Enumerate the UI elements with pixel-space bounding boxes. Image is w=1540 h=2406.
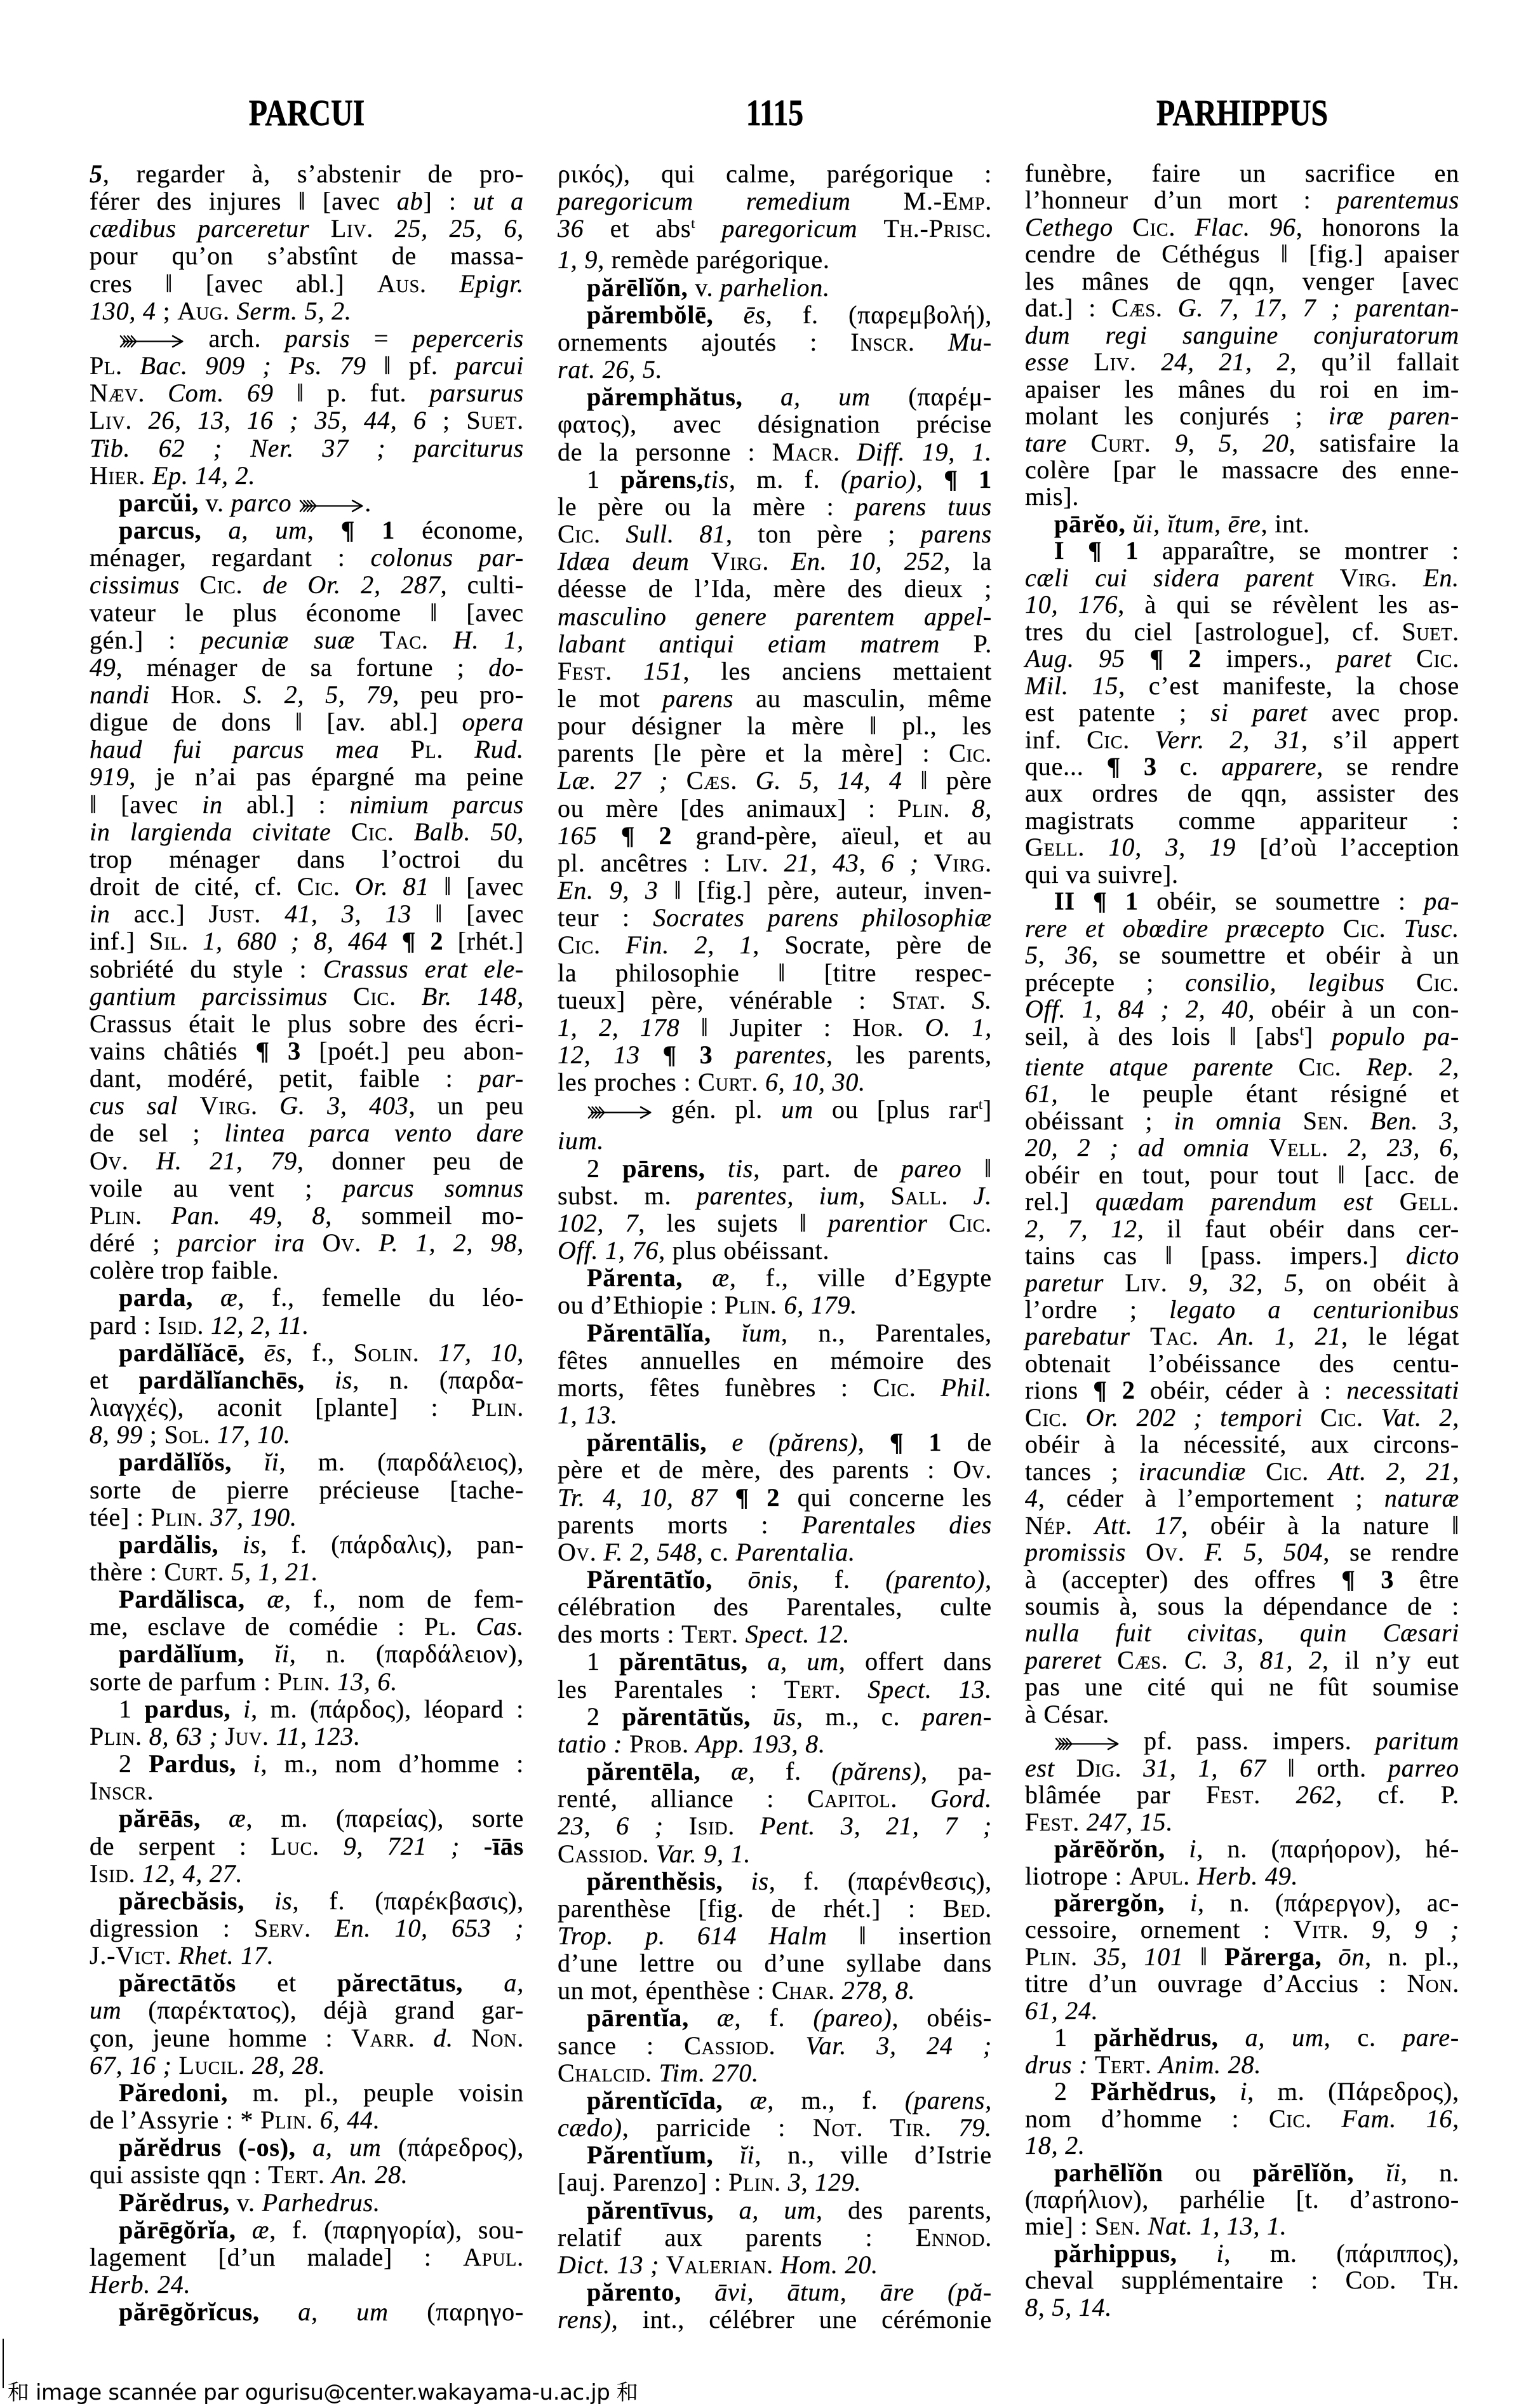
dictionary-line: in largienda civitate Cic. Balb. 50, <box>90 818 524 845</box>
author-abbreviation: Just. <box>209 899 261 928</box>
author-abbreviation: Ov. <box>558 1538 597 1566</box>
italic-citation: labant antiqui etiam matrem <box>558 629 940 658</box>
page-number: 1115 <box>586 95 963 131</box>
italic-citation: 9, 721 ; <box>344 1832 460 1860</box>
italic-citation: a, um <box>739 2196 816 2224</box>
author-abbreviation: Bed. <box>943 1894 992 1923</box>
text-run <box>291 488 298 517</box>
italic-citation: 262 <box>1296 1780 1336 1809</box>
headword: ¶ 2 <box>735 1483 780 1512</box>
headword: ¶ 1 <box>890 1428 942 1456</box>
italic-citation: rere et obœdire præcepto <box>1025 914 1325 943</box>
headword: Păredoni, <box>119 2078 228 2107</box>
dictionary-line: dant, modéré, petit, faible : par- <box>90 1065 524 1092</box>
text-run <box>232 1448 264 1476</box>
dictionary-line: dum regi sanguine conjuratorum <box>1025 322 1459 349</box>
dictionary-line: părergŏn, i, n. (πάρεργον), ac- <box>1025 1890 1459 1916</box>
italic-citation: legato a centurionibus <box>1169 1295 1459 1324</box>
dictionary-line: părembŏlē, ēs, f. (παρεμβολή), <box>558 301 992 328</box>
dictionary-line: Cic. Fin. 2, 1, Socrate, père de <box>558 931 992 958</box>
italic-citation: 79. <box>959 2113 992 2142</box>
headword: Părentālĭa, <box>587 1319 711 1347</box>
italic-citation: i <box>1189 1834 1196 1863</box>
italic-citation: 37, 190. <box>210 1503 297 1531</box>
italic-citation: 12, 4, 27. <box>142 1859 243 1888</box>
text-run: , f. <box>749 1757 832 1785</box>
italic-citation: a, um <box>767 1647 839 1676</box>
text-run <box>1217 2077 1240 2106</box>
text-run: , se soumettre et obéir à un <box>1092 941 1459 969</box>
dictionary-line: funèbre, faire un sacrifice en <box>1025 160 1459 187</box>
text-run: relatif aux parents : <box>558 2223 916 2252</box>
dictionary-line: 1 pardus, i, m. (πάρδος), léopard : <box>90 1695 524 1723</box>
italic-citation: Rep. 2, <box>1367 1052 1459 1081</box>
text-run: vains châtiés <box>90 1037 256 1065</box>
text-run <box>649 1839 656 1868</box>
dictionary-line: II ¶ 1 obéir, se soumettre : pa- <box>1025 888 1459 915</box>
text-run: , n. (παρδα- <box>352 1366 524 1394</box>
dictionary-line: 23, 6 ; Isid. Pent. 3, 21, 7 ; <box>558 1812 992 1839</box>
italic-citation: 8, 5, 14. <box>1025 2293 1112 2322</box>
text-run: 1 <box>587 1647 619 1676</box>
scan-edge-mark <box>3 2339 4 2388</box>
text-run <box>748 1647 767 1676</box>
dictionary-line: tueux] père, vénérable : Stat. S. <box>558 986 992 1014</box>
headword: părenthĕsis, <box>587 1867 723 1895</box>
text-run <box>135 1859 142 1888</box>
text-run: v. <box>230 2188 262 2217</box>
author-abbreviation: Tert. <box>268 2160 325 2189</box>
text-run: , m. (πάρδος), léopard : <box>251 1695 524 1723</box>
text-run: ornements ajoutés : <box>558 328 850 356</box>
headword: părhippus, <box>1054 2239 1177 2268</box>
text-run: ] <box>1304 1022 1332 1051</box>
text-run <box>1177 2239 1217 2268</box>
text-run: , n., ville d’Istrie <box>754 2141 992 2169</box>
italic-citation: Var. 9, 1. <box>656 1839 751 1868</box>
text-run: , <box>517 1338 524 1367</box>
italic-citation: ēs <box>264 1338 286 1367</box>
text-run <box>1219 2023 1245 2052</box>
dictionary-line: 12, 13 ¶ 3 parentes, les parents, <box>558 1041 992 1068</box>
italic-citation: Diff. 19, 1. <box>857 438 992 466</box>
italic-citation: is <box>335 1366 352 1394</box>
text-run <box>258 1091 279 1120</box>
text-run: qui assiste qqn : <box>90 2160 268 2189</box>
text-run: de l’Assyrie : * <box>90 2106 260 2134</box>
italic-citation: 49 <box>90 653 116 682</box>
author-abbreviation: Fest. <box>1025 1808 1080 1836</box>
text-run <box>236 1749 253 1778</box>
dictionary-line: de serpent : Luc. 9, 721 ; -īās <box>90 1832 524 1860</box>
text-run: obéir, céder à : <box>1135 1376 1347 1404</box>
right-guide-word: PARHIPPUS <box>1053 95 1431 131</box>
dictionary-line: 5, 36, se soumettre et obéir à un <box>1025 942 1459 969</box>
dictionary-line: Plin. Pan. 49, 8, sommeil mo- <box>90 1202 524 1229</box>
text-run <box>331 817 351 846</box>
text-run <box>775 2031 805 2060</box>
text-run <box>948 1181 974 1210</box>
headword: părēlĭŏn, <box>1253 2158 1354 2187</box>
text-run <box>689 1730 696 1758</box>
italic-citation: Or. 81 <box>355 872 429 901</box>
text-run: à (accepter) des offres <box>1025 1565 1341 1594</box>
headword: părēgŏrĭa, <box>119 2215 236 2244</box>
italic-citation: 5, 36 <box>1025 941 1092 969</box>
italic-citation: tis <box>728 1154 753 1183</box>
dictionary-line: obéir en tout, pour tout ‖ [acc. de <box>1025 1162 1459 1188</box>
text-run <box>1250 1133 1269 1162</box>
italic-citation: i <box>253 1749 261 1778</box>
italic-citation: Cas. <box>476 1612 524 1641</box>
text-run: déré ; <box>90 1228 178 1257</box>
italic-citation: ĭi <box>1386 2158 1401 2187</box>
author-abbreviation: Cic. <box>351 817 394 846</box>
dictionary-line: le mot parens au masculin, même <box>558 685 992 712</box>
dictionary-line: 2, 7, 12, il faut obéir dans cer- <box>1025 1216 1459 1242</box>
text-run <box>361 1228 378 1257</box>
text-run <box>915 328 948 356</box>
text-run <box>1349 1106 1370 1135</box>
text-run: , Socrate, père de <box>753 931 992 959</box>
text-run <box>1141 2212 1148 2240</box>
text-run: la philosophie ‖ [titre respec- <box>558 958 992 987</box>
author-abbreviation: Nép. <box>1025 1511 1073 1540</box>
dictionary-line: haud fui parcus mea Pl. Rud. <box>90 736 524 763</box>
text-run: mie] : <box>1025 2212 1095 2240</box>
italic-citation: de Or. 2, 287 <box>263 570 441 599</box>
author-abbreviation: Cic. <box>1269 2104 1312 2133</box>
italic-citation: is <box>243 1530 260 1559</box>
text-run <box>1398 563 1423 592</box>
dictionary-line: părento, āvi, ātum, āre (pă- <box>558 2278 992 2306</box>
text-run: (παρέκτατος), déjà grand gar- <box>122 1996 525 2024</box>
dictionary-line: Inscr. <box>90 1777 524 1805</box>
text-run <box>597 821 620 850</box>
dictionary-line: 18, 2. <box>1025 2132 1459 2159</box>
text-run <box>1302 1403 1320 1432</box>
dictionary-line: molant les conjurés ; iræ paren- <box>1025 403 1459 429</box>
italic-citation: En. 9, 3 <box>558 876 659 904</box>
text-run <box>463 1968 504 1997</box>
text-run: me, esclave de comédie : <box>90 1612 424 1641</box>
dictionary-line: 4, céder à l’emportement ; naturæ <box>1025 1485 1459 1512</box>
italic-citation: 12, 13 <box>558 1040 640 1069</box>
text-run: ‖ [avec <box>429 872 524 901</box>
italic-citation: En. <box>1423 563 1459 592</box>
author-abbreviation: Pl. <box>424 1612 457 1641</box>
dictionary-line: ornements ajoutés : Inscr. Mu- <box>558 328 992 356</box>
text-run <box>305 1228 322 1257</box>
author-abbreviation: Sen. <box>1303 1106 1349 1135</box>
dictionary-line: les proches : Curt. 6, 10, 30. <box>558 1068 992 1096</box>
italic-citation: Fam. 16, <box>1342 2104 1460 2133</box>
text-run <box>1261 1780 1296 1809</box>
dictionary-line: cres ‖ [avec abl.] Aus. Epigr. <box>90 270 524 297</box>
headword: părĕdrus (-os), <box>119 2133 296 2161</box>
text-run: les proches : <box>558 1068 698 1096</box>
text-run <box>355 626 380 654</box>
text-run: l’honneur d’un mort : <box>1025 185 1337 214</box>
text-run: un mot, épenthèse : <box>558 1976 772 2005</box>
dictionary-line: est patente ; si paret avec prop. <box>1025 699 1459 726</box>
italic-citation: C. 3, 81, 2 <box>1184 1646 1322 1674</box>
italic-citation: cædibus parceretur <box>90 214 309 243</box>
text-run: fêtes annuelles en mémoire des <box>558 1346 992 1374</box>
dictionary-line: Næv. Com. 69 ‖ p. fut. parsurus <box>90 379 524 407</box>
text-run: impers., <box>1202 644 1336 673</box>
italic-citation: Spect. 12. <box>746 1620 850 1648</box>
italic-citation: Fin. 2, 1 <box>626 931 753 959</box>
italic-citation: 6, 10, 30. <box>765 1068 866 1096</box>
text-run: 2 <box>119 1749 149 1778</box>
dictionary-line: pour qu’on s’abstînt de massa- <box>90 242 524 269</box>
text-run: pour qu’on s’abstînt de massa- <box>90 241 524 270</box>
text-run: P. <box>940 629 992 658</box>
italic-citation: Parhedrus. <box>262 2188 380 2217</box>
text-run <box>1199 1322 1219 1350</box>
text-run: , céder à l’emportement ; <box>1038 1484 1384 1512</box>
italic-citation: Hom. 20. <box>780 2250 878 2279</box>
italic-citation: naturæ <box>1384 1484 1459 1512</box>
text-run <box>460 1832 484 1860</box>
text-run <box>1165 1834 1189 1863</box>
dictionary-line: părhippus, i, m. (πάριππος), <box>1025 2240 1459 2267</box>
italic-citation: in <box>90 899 110 928</box>
author-abbreviation: Cic. <box>558 931 601 959</box>
dictionary-line: colère [par le massacre des enne- <box>1025 457 1459 483</box>
text-run: , ton père ; <box>726 520 921 548</box>
text-run: lagement [d’un malade] : <box>90 2243 463 2271</box>
headword: ¶ 1 <box>944 465 992 494</box>
text-run <box>857 214 883 243</box>
text-run: , f., <box>286 1338 354 1367</box>
italic-citation: paren- <box>922 1702 992 1731</box>
headword: părentĭcīda, <box>587 2086 723 2114</box>
text-run: , m., f. <box>767 2086 905 2114</box>
text-run <box>758 1068 765 1096</box>
text-run: thère : <box>90 1557 164 1586</box>
headword: pardălĭum, <box>119 1639 244 1668</box>
text-run: m. pl., peuple voisin <box>228 2078 524 2107</box>
dictionary-line: Gell. 10, 3, 19 [d’où l’acception <box>1025 834 1459 861</box>
text-run <box>1168 1268 1189 1297</box>
italic-citation: 11, 123. <box>276 1722 360 1751</box>
text-run: sorte de pierre précieuse [tache- <box>90 1475 524 1504</box>
dictionary-line: Liv. 26, 13, 16 ; 35, 44, 6 ; Suet. <box>90 407 524 434</box>
text-run <box>325 2160 332 2189</box>
dictionary-line: Păredoni, m. pl., peuple voisin <box>90 2079 524 2106</box>
dictionary-line: parenthèse [fig. de rhét.] : Bed. <box>558 1895 992 1922</box>
italic-citation: a, um <box>229 516 307 544</box>
text-column-left: 5, regarder à, s’abstenir de pro-férer d… <box>90 160 524 2325</box>
text-run <box>916 1373 941 1402</box>
text-run: sorte de parfum : <box>90 1667 278 1696</box>
italic-citation: Crassus erat ele- <box>323 955 524 983</box>
author-abbreviation: Apul. <box>1129 1862 1190 1890</box>
italic-citation: tatio : <box>558 1730 622 1758</box>
dictionary-line: sobriété du style : Crassus erat ele- <box>90 955 524 983</box>
italic-citation: Rud. <box>474 735 524 763</box>
italic-citation: Vat. 2, <box>1381 1403 1459 1432</box>
dictionary-line: tare Curt. 9, 5, 20, satisfaire la <box>1025 430 1459 457</box>
text-run: de <box>942 1428 992 1456</box>
italic-citation: æ <box>731 1757 748 1785</box>
text-run <box>1088 2050 1095 2079</box>
text-run <box>1246 1457 1266 1486</box>
dictionary-line: férer des injures ‖ [avec ab] : ut a <box>90 187 524 215</box>
text-run: dant, modéré, petit, faible : <box>90 1064 479 1092</box>
text-run: ou [plus rar <box>814 1095 979 1124</box>
headword: părentēla, <box>587 1757 700 1785</box>
text-run: , <box>517 817 524 846</box>
text-run <box>1163 293 1178 322</box>
dictionary-line: rens), int., célébrer une cérémonie <box>558 2306 992 2333</box>
text-run: çon, jeune homme : <box>90 2024 351 2052</box>
text-run: les mânes de qqn, venger [avec <box>1025 267 1459 295</box>
italic-citation: Pent. 3, 21, 7 ; <box>760 1811 992 1840</box>
italic-citation: consilio, legibus <box>1185 968 1384 997</box>
text-run: [rhét.] <box>443 927 524 955</box>
italic-citation: pare- <box>1403 2023 1459 2052</box>
dictionary-line: seil, à des lois ‖ [abst] populo pa- <box>1025 1023 1459 1054</box>
text-run <box>1385 968 1416 997</box>
author-abbreviation: Lucil. <box>179 2051 246 2080</box>
italic-citation: ium. <box>558 1126 604 1155</box>
dictionary-line: sorte de pierre précieuse [tache- <box>90 1476 524 1503</box>
italic-citation: 31, 1, 67 <box>1143 1754 1266 1782</box>
author-abbreviation: Cæs. <box>1111 293 1162 322</box>
dictionary-line: Aug. 95 ¶ 2 impers., paret Cic. <box>1025 645 1459 672</box>
dictionary-line: cæli cui sidera parent Virg. En. <box>1025 565 1459 591</box>
italic-citation: Cethego <box>1025 213 1113 241</box>
text-run: férer des injures ‖ [avec <box>90 187 397 215</box>
dictionary-line: 36 et abst paregoricum Th.-Prisc. <box>558 215 992 246</box>
text-run <box>224 1557 231 1586</box>
headword: Pardălisca, <box>119 1585 245 1613</box>
text-run: , f., nom de fem- <box>285 1585 524 1613</box>
dictionary-line: 2 Pardus, i, m., nom d’homme : <box>90 1750 524 1777</box>
text-run <box>743 382 781 411</box>
text-run: ‖ pf. <box>366 351 456 380</box>
dictionary-line: pareret Cæs. C. 3, 81, 2, il n’y eut <box>1025 1647 1459 1674</box>
text-run: cendre de Céthégus ‖ [fig.] apaiser <box>1025 239 1459 268</box>
text-run <box>739 1620 746 1648</box>
headword: Părentātĭo, <box>587 1565 713 1594</box>
text-run <box>311 1914 335 1942</box>
text-run: , part. de <box>753 1154 901 1183</box>
italic-citation: Sull. 81 <box>626 520 726 548</box>
text-run: ‖ [avec <box>90 790 202 819</box>
headword: pārentĭa, <box>587 2003 689 2032</box>
author-abbreviation: Cassiod. <box>558 1839 649 1868</box>
headword: părergŏn, <box>1054 1888 1165 1917</box>
author-abbreviation: Non. <box>471 2024 524 2052</box>
headword: Părhĕdrus, <box>1091 2077 1217 2106</box>
text-run: , à qui se révèlent les as- <box>1118 590 1459 619</box>
italic-citation: Phil. <box>941 1373 992 1402</box>
text-run <box>1113 213 1132 241</box>
feathered-arrow-icon <box>587 1105 653 1120</box>
text-run <box>1341 1052 1366 1081</box>
text-run <box>718 1483 735 1512</box>
text-run: , <box>517 214 524 243</box>
text-run <box>689 2003 717 2032</box>
text-run: (παρηγο- <box>389 2297 524 2326</box>
author-abbreviation: Ov. <box>953 1455 992 1484</box>
text-run: , donner peu de <box>297 1146 524 1175</box>
text-run <box>427 269 460 298</box>
author-abbreviation: Cic. <box>1416 644 1459 673</box>
text-run <box>622 1730 629 1758</box>
italic-citation: tis <box>704 465 729 494</box>
text-run <box>659 2250 666 2279</box>
dictionary-line: cus sal Virg. G. 3, 403, un peu <box>90 1092 524 1119</box>
feathered-arrow-icon <box>298 498 365 514</box>
italic-citation: Off. 1, 84 ; 2, 40 <box>1025 995 1248 1023</box>
italic-citation: um <box>90 1996 122 2024</box>
italic-citation: i <box>243 1695 251 1723</box>
text-run: et abs <box>584 214 692 243</box>
text-run <box>319 1832 344 1860</box>
text-run <box>1068 1403 1086 1432</box>
italic-citation: promissis <box>1025 1538 1126 1566</box>
text-run <box>145 379 168 407</box>
dictionary-line: qui va suivre]. <box>1025 861 1459 888</box>
dictionary-line: pas une cité qui ne fût soumise <box>1025 1674 1459 1700</box>
text-run: inf. <box>1025 725 1087 754</box>
italic-citation: 1, 2, 178 <box>558 1013 680 1042</box>
text-run: gén. pl. <box>653 1095 781 1124</box>
text-run: obéissant ; <box>1025 1106 1174 1135</box>
text-run: , regarder à, s’abstenir de pro- <box>103 159 524 188</box>
italic-citation: G. 3, 403 <box>279 1091 408 1120</box>
text-run: célébration des Parentales, culte <box>558 1592 992 1621</box>
superscript: t <box>1300 1023 1304 1038</box>
dictionary-line: que... ¶ 3 c. apparere, se rendre <box>1025 753 1459 780</box>
dictionary-line: obtenait l’obéissance des centu- <box>1025 1350 1459 1377</box>
text-run <box>420 1338 439 1367</box>
dictionary-line: des morts : Tert. Spect. 12. <box>558 1620 992 1648</box>
italic-citation: parentes, ium <box>697 1181 859 1210</box>
text-run: v. <box>199 488 231 517</box>
text-run: renté, alliance : <box>558 1784 807 1813</box>
text-run <box>142 1722 149 1751</box>
headword: păremphătus, <box>587 382 743 411</box>
italic-citation: (părens) <box>832 1757 921 1785</box>
italic-citation: æ <box>717 2003 734 2032</box>
italic-citation: 20, 2 ; ad omnia <box>1025 1133 1250 1162</box>
dictionary-line: masculino genere parentem appel- <box>558 603 992 630</box>
text-run: , <box>307 516 341 544</box>
text-run <box>781 2168 788 2196</box>
text-run <box>1314 563 1339 592</box>
text-run <box>601 520 626 548</box>
italic-citation: haud fui parcus mea <box>90 735 379 763</box>
author-abbreviation: Valerian. <box>666 2250 773 2279</box>
text-run: , <box>858 1428 890 1456</box>
text-run <box>1126 509 1133 538</box>
dictionary-line: 919, je n’ai pas épargné ma peine <box>90 763 524 790</box>
text-run: rel.] <box>1025 1187 1095 1216</box>
italic-citation: ĭum <box>742 1319 781 1347</box>
text-run: ‖ <box>1184 1942 1224 1971</box>
italic-citation: æ <box>712 1263 729 1292</box>
text-run: colère trop faible. <box>90 1256 279 1284</box>
author-abbreviation: Solin. <box>354 1338 420 1367</box>
author-abbreviation: Cic. <box>1087 725 1130 754</box>
text-run <box>193 1283 220 1312</box>
